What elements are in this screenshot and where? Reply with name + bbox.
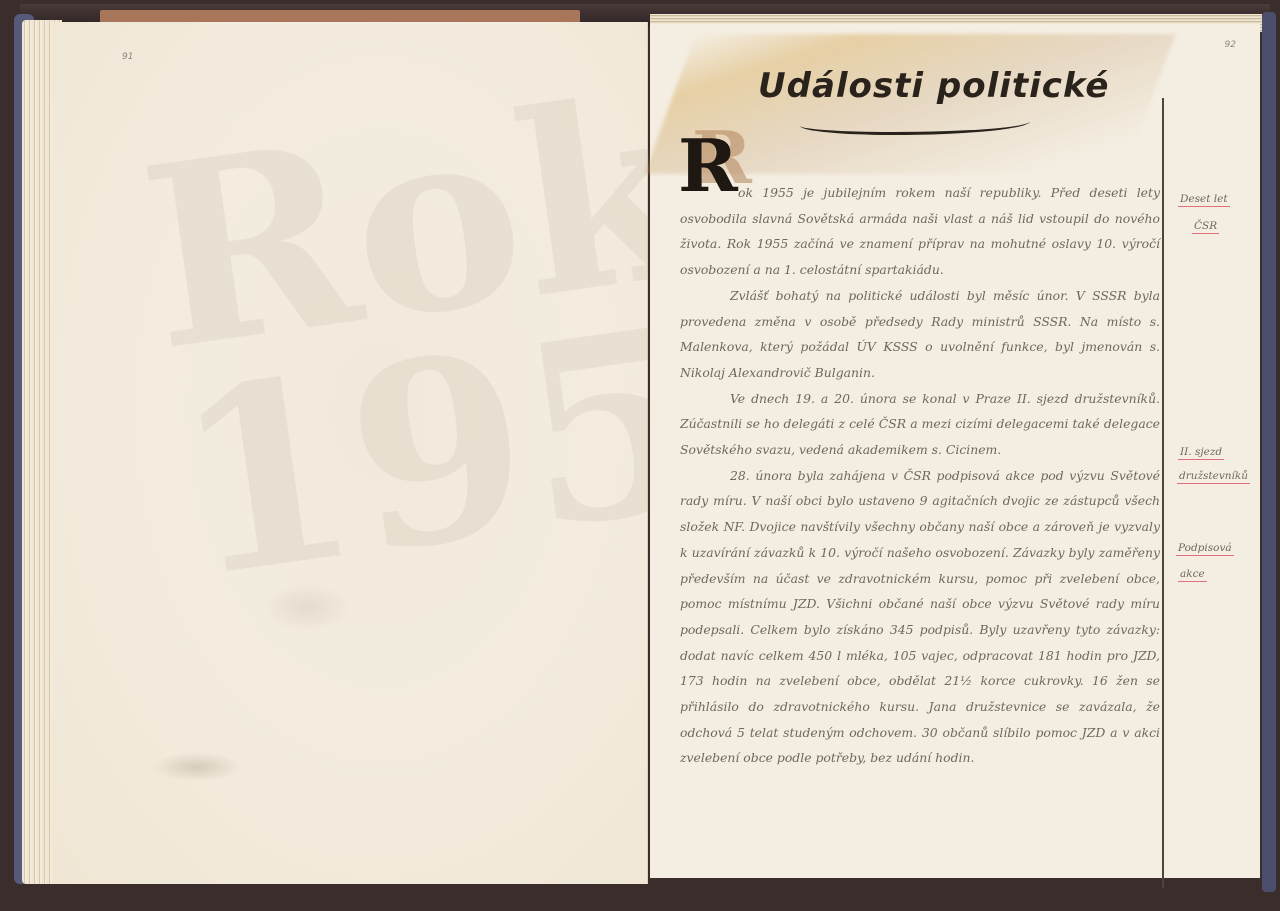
left-page: 91 Rok 1955 — [52, 22, 648, 884]
margin-rule-line — [1162, 98, 1164, 888]
paragraph: 28. února byla zahájena v ČSR podpisová … — [680, 463, 1160, 771]
page-number-right: 92 — [1225, 40, 1236, 50]
margin-note: ČSR — [1192, 220, 1219, 234]
handwritten-body: ok 1955 je jubilejním rokem naší republi… — [680, 180, 1160, 771]
paragraph: Zvlášť bohatý na politické události byl … — [680, 283, 1160, 386]
margin-note: Deset let — [1178, 193, 1230, 207]
bleed-through-watermark: Rok 1955 — [132, 82, 661, 603]
book-cover-edge-right — [1262, 12, 1276, 892]
page-title: Události politické — [758, 66, 1109, 106]
page-number-left: 91 — [122, 52, 133, 62]
paper-smudge — [152, 752, 242, 782]
margin-note: družstevníků — [1177, 470, 1250, 484]
margin-note: akce — [1178, 568, 1207, 582]
paper-smudge — [262, 582, 352, 632]
paragraph: ok 1955 je jubilejním rokem naší republi… — [680, 180, 1160, 283]
margin-note: Podpisová — [1176, 542, 1234, 556]
paragraph: Ve dnech 19. a 20. února se konal v Praz… — [680, 386, 1160, 463]
margin-note: II. sjezd — [1178, 446, 1224, 460]
